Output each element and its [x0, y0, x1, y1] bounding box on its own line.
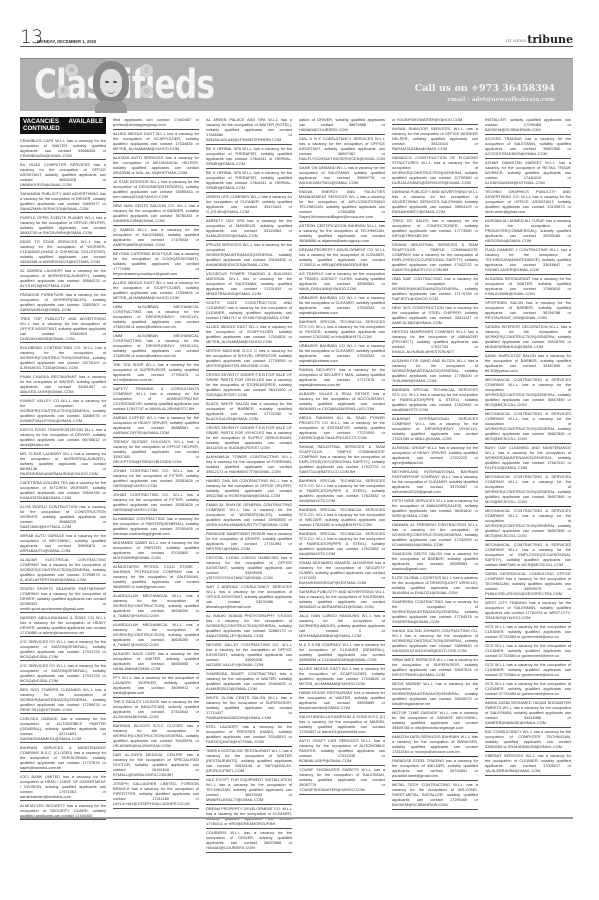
classified-ad: GAME ON DEMAND W.L.L has a vacancy for t…: [299, 164, 385, 188]
classifieds-page: 13 MONDAY, DECEMBER 1, 2025 DT NEWStribu…: [20, 0, 573, 900]
ad-body-text: has a vacancy for the occupation of HEAV…: [20, 620, 106, 635]
classified-ad: EMAM AL SHAYOE GENERAL CONTRACTING COMPA…: [206, 501, 292, 530]
classified-ad: NATURE VALLEY CONTRACTING CO. W.L.L has …: [206, 641, 292, 670]
classified-ad: GCS W.L.L has a vacancy for the occupati…: [485, 642, 571, 661]
classified-ad: Joseph Gallagher Limited- foreign branch…: [113, 780, 199, 809]
section-heading: VACANCIES AVAILABLE CONTINUED: [20, 117, 106, 134]
classified-ad: TREE TOP PUBLICITY AND ADVERTISING W.L.L…: [20, 314, 106, 343]
classified-ad: BOLDBEAM CONTRACTING CO. W.L.L has a vac…: [20, 343, 106, 372]
publication-date: MONDAY, DECEMBER 1, 2025: [37, 39, 96, 44]
classified-ad: SIHANA INDUSTRIAL SERVICES & SIAM SCAFFO…: [392, 241, 478, 275]
classified-ad: ALSAHNI FOR SAND AND BLOCK W.L.L has a v…: [392, 357, 478, 386]
classified-ad: HUSSAM ALI AHMED ALI YUSUF has a vacancy…: [485, 217, 571, 246]
bottom-rule: [20, 817, 573, 819]
classified-ad: ALBARAH INTERNATIONAL SERVICES COMPANY W…: [392, 415, 478, 444]
classified-ad: BAHRAIN SPECIAL TECHNICAL SERVICES STS C…: [392, 386, 478, 415]
ad-body-text: has a vacancy for the occupation of WORK…: [392, 633, 478, 653]
classified-ad: PARADISE FURNITURE has a vacancy for the…: [20, 290, 106, 314]
classified-ad: Habib House Restaurant has a vacancy for…: [299, 689, 385, 713]
classified-ad: SHAREEBA CONTRACTING has a vacancy for t…: [392, 598, 478, 627]
classified-ad: THE TEA SHOP W.L.L has a vacancy for the…: [113, 361, 199, 385]
classified-ad: MISTER MACHINE B.S.C c has a vacancy for…: [206, 347, 292, 371]
classified-ad: NEW SKS CONSTRUCTION has a vacancy for t…: [392, 304, 478, 328]
classified-ad: EDGE TO EDGE SERVICES W.L.L has a vacanc…: [20, 237, 106, 266]
classified-ad: ALLIED MIDDLE EAST W.L.L has a vacancy f…: [206, 323, 292, 347]
classified-ad: Mechanical Contracting & Services Compan…: [485, 410, 571, 444]
classified-ad: SHAREEBA SMART CONTRACTING has a vacancy…: [206, 670, 292, 694]
classified-ad: SOUTH GATE CONSTRUCTION AND CLEANING has…: [206, 299, 292, 323]
classified-ad: PARADISE STEEL TRADING has a vacancy for…: [392, 757, 478, 781]
classified-ad: GCS W.L.L has a vacancy for the occupati…: [485, 661, 571, 680]
classified-ad: HANNAN AL FREIWISH CONTRACTION W.L.L has…: [392, 521, 478, 550]
classified-ad: Saleh Abdulla Kameshki & Sons B.S.C (c) …: [299, 713, 385, 737]
classified-ad: DAR AL-SHIFA MEDICAL CENTRE has a vacanc…: [113, 751, 199, 780]
classified-ad: GCS W.L.L has a vacancy for the occupati…: [485, 623, 571, 642]
ad-body-text: has a vacancy for the occupation of WORK…: [485, 450, 571, 470]
column-6: INSTALLER, suitably qualified applicants…: [485, 117, 571, 776]
classified-ad: BAHRAIN SPECIAL TECHNICAL SERVICES STS C…: [299, 506, 385, 530]
classified-ad: JALIL IVAN CARGO HANDLING W.L.L has a va…: [299, 612, 385, 641]
classified-ad: OMA SAIF CONTRACTING has a vacancy for t…: [392, 275, 478, 304]
classified-ad: SAFETY TRAINING & CONSULTANTS COMPANY W.…: [113, 385, 199, 414]
classified-ad: FIFTH WISE SERVICES W.L.L has a vacancy …: [392, 497, 478, 521]
newspaper-logo: DT NEWStribune: [506, 33, 573, 46]
phone-icon: ✆: [57, 85, 70, 98]
classified-ad: TRIKA DO SALEH has a vacancy for the occ…: [392, 217, 478, 241]
classified-ad: ICG SERVICES CO W.L.L has a vacancy for …: [20, 637, 106, 661]
classified-ad: ZENITH SPORTS SEASHIRE PARTNERSHIP COMPA…: [20, 584, 106, 613]
classified-ad: BIG CONSULTANCY W.L.L has a vacancy for …: [485, 728, 571, 752]
logo-text: tribune: [527, 33, 573, 46]
ad-body-text: has a vacancy for the occupation of TECH…: [206, 782, 292, 802]
classified-ad: ALLIED MIDDLE EAST W.L.L has a vacancy f…: [113, 130, 199, 154]
classified-ad: CHELSEA GARAGE has a vacancy for the occ…: [20, 714, 106, 743]
classified-ad: HESTON MANPOWER COMPANY W.L.L has a vaca…: [392, 328, 478, 357]
email-icon: ✉: [65, 64, 78, 77]
classified-ad: BUSY DAY CLEANING AND MAINTENANCE W.L.L …: [485, 444, 571, 473]
column-2: ified applicants can contact 17460467 or…: [113, 117, 199, 809]
classifieds-banner: Classifieds ✉ ✆ ▯ ◎ Call us on +973 3645…: [20, 58, 573, 111]
classified-ad: EATCO Food Transportation W.L.L has a va…: [20, 425, 106, 449]
classified-ad: ALHAMMAZ CONTRACTING has a vacancy for t…: [113, 515, 199, 539]
logo-prefix: DT NEWS: [506, 38, 526, 43]
classified-ad: INSTALLER, suitably qualified applicants…: [485, 117, 571, 135]
classified-ad: HAMED SHA IVA CONTRACTING W.L.L has a va…: [206, 477, 292, 501]
classified-ad: ALMUSTAFEN PETROL COLD STORE - BAHRAIN P…: [113, 563, 199, 592]
classified-ad: CRYSTAL CLEAN CARGO HANDLING has a vacan…: [206, 554, 292, 583]
classified-ad: CROSS SEVENTY ORDER F.E.B FOR SALE OF SP…: [206, 424, 292, 453]
classified-ad: SPAM WATE SERVICES W.L.L has a vacancy f…: [392, 656, 478, 680]
classified-ad: ELITE GLOBAL LOGISTICS W.L.L has a vacan…: [392, 574, 478, 598]
classified-ad: CROSS SEVENTY ORDER F.E.B FOR SALE OF SP…: [206, 371, 292, 400]
ad-body-text: has a vacancy for the occupation of MASO…: [299, 719, 385, 734]
classified-ad: UMM ALSUBBAN MECHANICAL CONTRACTING has …: [113, 303, 199, 332]
classified-ad: YOUSIF SHOWAITER SWEETS W.L.L has a vaca…: [299, 766, 385, 795]
classified-ad: UMM ALSUBBAN MECHANICAL CONTRACTING has …: [113, 332, 199, 361]
classified-ad: Mechanical Contracting & Services Compan…: [485, 507, 571, 541]
classified-ad: M & S A SB COMPANY W.L.L has a vacancy f…: [299, 641, 385, 665]
classified-ad: JOHAN CONTRACTING CO. W.L.L has a vacanc…: [113, 467, 199, 491]
customer-service-avatar: [91, 59, 131, 111]
column-4: pation of DRIVER, suitably qualified app…: [299, 117, 385, 795]
ad-body-text: has a vacancy for the occupation of CLEA…: [206, 811, 292, 826]
classified-ad: SHADDON GEETS SALON has a vacancy for th…: [392, 550, 478, 574]
classified-ad: Abdul Rahman Ali Al Saad Power Projects …: [299, 414, 385, 443]
classified-ad: pation of DRIVER, suitably qualified app…: [299, 117, 385, 135]
classified-ad: or YOUSIFSHOWAITER@YAHOO.COM: [392, 117, 478, 125]
classified-ad: The K Beauty Lounge has a vacancy for th…: [113, 698, 199, 722]
classified-ad: Metal Tech Contracting W.L.L has a vacan…: [392, 781, 478, 810]
classified-ad: ALATAYA AUTO SERVICES has a vacancy for …: [113, 154, 199, 178]
classified-ad: Q SAMEN W.L.L has a vacancy for the occu…: [113, 226, 199, 250]
classified-ad: NETHERLAND INTERNATIONAL BAHRAIN PARTNER…: [392, 468, 478, 497]
classified-ad: Ranma Security has a vacancy for the occ…: [299, 366, 385, 390]
classified-ad: BAHRAIN SPECIAL TECHNICAL SERVICES STS C…: [299, 477, 385, 506]
classified-ad: BE H HERBAL SPA W.L.L has a vacancy for …: [206, 145, 292, 169]
classified-ad: ARRAB AUTO GARAGE has a vacancy for the …: [20, 531, 106, 555]
ad-body-text: has a vacancy for the occupation of OFFI…: [20, 321, 106, 341]
classified-ad: ALABDULLAH MECHANICAL W.L.L has a vacanc…: [113, 592, 199, 621]
classified-ad: Mechanical Contracting & Services Compan…: [485, 541, 571, 570]
classified-ad: ICICI BANK LIMITED has a vacancy for the…: [20, 772, 106, 801]
classified-ad: URBASER BAHRAIN CO W.L.L has a vacancy f…: [299, 342, 385, 366]
column-1: VACANCIES AVAILABLE CONTINUED CRUMBLES C…: [20, 117, 106, 820]
classified-ad: JOHAN CONTRACTING CO. W.L.L has a vacanc…: [113, 491, 199, 515]
classified-ad: SAHAMINA PUBLICITY AND ADVERTISING has a…: [20, 189, 106, 213]
classified-ad: NEW MAN GENTS SALOON CO. W.L.L has a vac…: [113, 202, 199, 226]
classified-ad: ICG SERVICES CO W.L.L has a vacancy for …: [20, 661, 106, 685]
classified-ad: ALSASMA RESTAURANT has a vacancy for the…: [485, 275, 571, 299]
classified-ad: 78805 A NOSTALGIC RESTAURANT W.L.L has a…: [206, 747, 292, 776]
ad-body-text: has a vacancy for the occupation of SALE…: [299, 594, 385, 609]
classified-ad: BU HIJAZ COMPUTER SERVICES has a vacancy…: [20, 160, 106, 189]
classified-ad: ALLIED MIDDLE EAST W.L.L has a vacancy f…: [113, 279, 199, 303]
classified-ad: AJI TRAVELS has a vacancy for the occupa…: [299, 270, 385, 294]
classified-ad: ALLIED MIDDLE EAST W.L.L has a vacancy f…: [299, 665, 385, 689]
classified-ad: BAHRAIN SPECIAL TECHNICAL SERVICES STS C…: [299, 318, 385, 342]
classified-ad: BE H HERBAL SPA W.L.L has a vacancy for …: [206, 169, 292, 193]
classified-ad: DIAL & FLY CONSULTANCY SERVICES W.L.L ha…: [299, 135, 385, 164]
classified-ad: FFY W.L.L has a vacancy for the occupati…: [113, 674, 199, 698]
classified-ad: DREAM PROPERTY DEVELOPMENT CO. W.L.L has…: [299, 246, 385, 270]
classified-ad: ALIYA WORLD CONTRUCTION has a vacancy fo…: [20, 502, 106, 531]
classified-ad: AL MALIKI ADAMA PHOTOGRAPHY STUDIO has a…: [206, 612, 292, 641]
page-header: 13 MONDAY, DECEMBER 1, 2025 DT NEWStribu…: [20, 28, 573, 47]
ad-body-text: ified applicants can contact 17460467 or…: [113, 117, 199, 127]
classified-ad: CRUMBLES CAFE W.L.L has a vacancy for th…: [20, 136, 106, 160]
mobile-icon: ▯: [140, 64, 153, 77]
classified-ad: HAMADCO CONSTRUCTION OF FLOATING STRUCTU…: [392, 154, 478, 188]
classified-ad: BAHRAIN BLOCKS B.S.C CLOSED has a vacanc…: [113, 722, 199, 751]
classified-ad: AMAZON DATA SERVICES BAHRAIN W.L.L has a…: [392, 733, 478, 757]
classified-ad: WHITE GLOW CENTS SALON W.L.L has a vacan…: [206, 694, 292, 723]
classified-ad: BEN SOO TOWERS CLEANING W.L.L has a vaca…: [20, 685, 106, 714]
ad-body-text: has a vacancy for the occupation of OFFI…: [206, 647, 292, 667]
classified-ad: BAHRAIN SERVICES & MAINTENANCE COMPANY B…: [20, 743, 106, 772]
classified-ad: SATARA INTERIOR DECORATION W.L.L has a v…: [485, 323, 571, 352]
classified-ad: AMINA JASIM MOHAMED HASAN SHOWAITER SWEE…: [485, 699, 571, 728]
classified-ad: WEST CITY TRADING has a vacancy for the …: [485, 599, 571, 623]
classified-ad: SAHARIA PUBLICITY AND ADVERTISING W.L.L …: [299, 588, 385, 612]
classified-ad: WAY 2 ADROAD CONSULTANCY SERVICES W.L.L …: [206, 583, 292, 612]
classified-ad: AAMIL HAIRCUTZZ SALON has a vacancy for …: [485, 352, 571, 376]
ad-body-text: has a vacancy for the occupation of OFFI…: [299, 141, 385, 161]
classified-ad: ALABDULLAH MECHANICAL W.L.L has a vacanc…: [113, 621, 199, 650]
classified-ad: ALBASRI VILLAS & REAL ESTATE has a vacan…: [299, 390, 385, 414]
advert-email[interactable]: email : advt@newsofbahrain.com: [447, 97, 555, 103]
classified-ad: PURPLE OPPIE EVENTS PLANER W.L.L has a v…: [20, 213, 106, 237]
classified-ad: DARNINA PUBLICITY AND ADVERTISING W.L.L …: [392, 188, 478, 217]
ad-body-text: has a vacancy for the occupation of CLEA…: [299, 252, 385, 267]
classified-ad: AHSAN SHAKOOR SERVICES W.L.L has a vacan…: [392, 125, 478, 154]
classified-ad: VIGOROUS POWER TRADING & BUILDING MATERI…: [206, 270, 292, 299]
classified-ad: TECHNO GRAPHICS PUBLICITY AND ADVERTISIN…: [485, 188, 571, 217]
classified-ad: access trading has a vacancy for the occ…: [485, 135, 571, 159]
classified-ad: NASSER ABDULRAHMAN & SONS CO W.L.L has a…: [20, 613, 106, 637]
classified-ad: ASTRON CERTIFICATION BAHRAIN W.L.L has a…: [299, 222, 385, 246]
ad-body-text: has a vacancy for the occupation of ADVE…: [392, 194, 478, 214]
classified-ad: ISSAM MOHAMED ISMAEEL ALHASHIMI has a va…: [299, 559, 385, 588]
classified-ad: Mega Marine W.L.L has a vacancy for the …: [392, 680, 478, 709]
classified-columns: VACANCIES AVAILABLE CONTINUED CRUMBLES C…: [20, 117, 573, 817]
classified-ad: AL ZAHREA LAUNDRY has a vacancy for the …: [20, 266, 106, 290]
classified-ad: MR. CLEAR LAUNDRY W.L.L has a vacancy fo…: [20, 449, 106, 478]
ad-body-text: INSTALLER, suitably qualified applicants…: [485, 117, 571, 132]
call-us-phone[interactable]: Call us on +973 36458394: [415, 83, 555, 94]
classified-ad: CAFETERIA GOLDEN TEA has a vacancy for t…: [20, 478, 106, 502]
classified-ad: Mechanical Contracting & Services Compan…: [485, 473, 571, 507]
classified-ad: SARIN GEORGIVICAL CONSULTING OFFICE COMP…: [485, 570, 571, 599]
column-5: or YOUSIFSHOWAITER@YAHOO.COMAHSAN SHAKOO…: [392, 117, 478, 810]
classified-ad: COURIERX W.L.L has a vacancy for the occ…: [206, 829, 292, 853]
column-3: AL AREEN PALACE AND SPA W.L.L has a vaca…: [206, 117, 292, 853]
classified-ad: GCS W.L.L has a vacancy for the occupati…: [485, 680, 571, 699]
classified-ad: AUTO CRAFT CAR SERVICES W.L.L has a vaca…: [299, 737, 385, 766]
ad-body-text: has a vacancy for the occupation of FORE…: [206, 459, 292, 474]
classified-ad: IPPUGA SERVICES W.L.L has a vacancy for …: [206, 241, 292, 270]
classified-ad: EFEL LAUNDRY has a vacancy for the occup…: [206, 723, 292, 747]
classified-ad: KUWAIT VALLEY CO W.L.L has a vacancy for…: [20, 396, 106, 425]
classified-ad: NILE EGYPT FOR EQUIPMENT INSTALLATION W.…: [206, 776, 292, 805]
classified-ad: ALJAZAR ELECTRICAL CONTRACTING COMPANY h…: [20, 555, 106, 584]
globe-icon: ◎: [140, 85, 153, 98]
classified-ad: MOTOR TUNE GARAGE W.L.L has a vacancy fo…: [392, 709, 478, 733]
ad-body-text: pation of DRIVER, suitably qualified app…: [299, 117, 385, 132]
classified-ad: AL AREEN PALACE AND SPA W.L.L has a vaca…: [206, 117, 292, 145]
classified-ad: Alfahad Group W.L.L has a vacancy for th…: [392, 444, 478, 468]
classified-ad: TRENDY BLENDS HOLIDAYS W.L.L has a vacan…: [113, 438, 199, 467]
ad-body-text: has a vacancy for the occupation of OFFI…: [206, 589, 292, 609]
classified-ad: ALKHAWAJA TOWER CONTRACTING W.L.L has a …: [206, 453, 292, 477]
classified-ad: ALSAHRI JUICE CAFE has a vacancy for the…: [113, 650, 199, 674]
classified-ad: BLACK WHITE SALON has a vacancy for the …: [206, 400, 292, 424]
classified-ad: GREEN LIFE COMPANY W.L.L has a vacancy f…: [206, 193, 292, 217]
classified-ad: Amenity Day Spa has a vacancy for the oc…: [206, 217, 292, 241]
classified-ad: Mechanical Contracting & Services Compan…: [485, 376, 571, 410]
classified-ad: BAHRAIN SPECIAL TECHNICAL SERVICES STS C…: [299, 530, 385, 559]
ad-body-text: or YOUSIFSHOWAITER@YAHOO.COM: [392, 117, 462, 122]
classified-ad: BEYOND CATERING BOUTIQUE has a vacancy f…: [113, 250, 199, 279]
classified-ad: SAHAD SULTAN JOHNIER CONTRACTING CO. W.L…: [392, 627, 478, 656]
classified-ad: SPORTMEN SALON has a vacancy for the occ…: [485, 299, 571, 323]
classified-ad: ENOVA ENERGY AND FACILITIES MANAGEMENT S…: [299, 188, 385, 222]
classified-ad: AZHAR DAMISTAN MARKET W.L.L has a vacanc…: [485, 159, 571, 188]
classified-ad: AMRAN COFFEE W.L.L has a vacancy for the…: [113, 414, 199, 438]
classified-ad: 10 STAR INTERIOR W.L.L has a vacancy for…: [113, 178, 199, 202]
classified-ad: MOHAMED SAMIR W.L.L has a vacancy for th…: [113, 539, 199, 563]
classified-ad: PARADISE MANPOWER REPAIR has a vacancy f…: [206, 530, 292, 554]
classified-ad: KHAN CHASKA RESTAURANT has a vacancy for…: [20, 372, 106, 396]
classified-ad: SIHANA INDUSTRIAL SERVICES & SIAM SCAFFO…: [299, 443, 385, 477]
classified-ad: URBASER BAHRAIN CO W.L.L has a vacancy f…: [299, 294, 385, 318]
ad-body-text: has a vacancy for the occupation of WORK…: [392, 527, 478, 547]
classified-ad: VIBRANT SERVICES W.L.L has a vacancy for…: [485, 752, 571, 776]
classified-ad: ified applicants can contact 17460467 or…: [113, 117, 199, 130]
classified-ad: Fuad Dameer 2 Contracting W.L.L has a va…: [485, 246, 571, 275]
ad-body-text: has a vacancy for the occupation of WORK…: [206, 618, 292, 638]
